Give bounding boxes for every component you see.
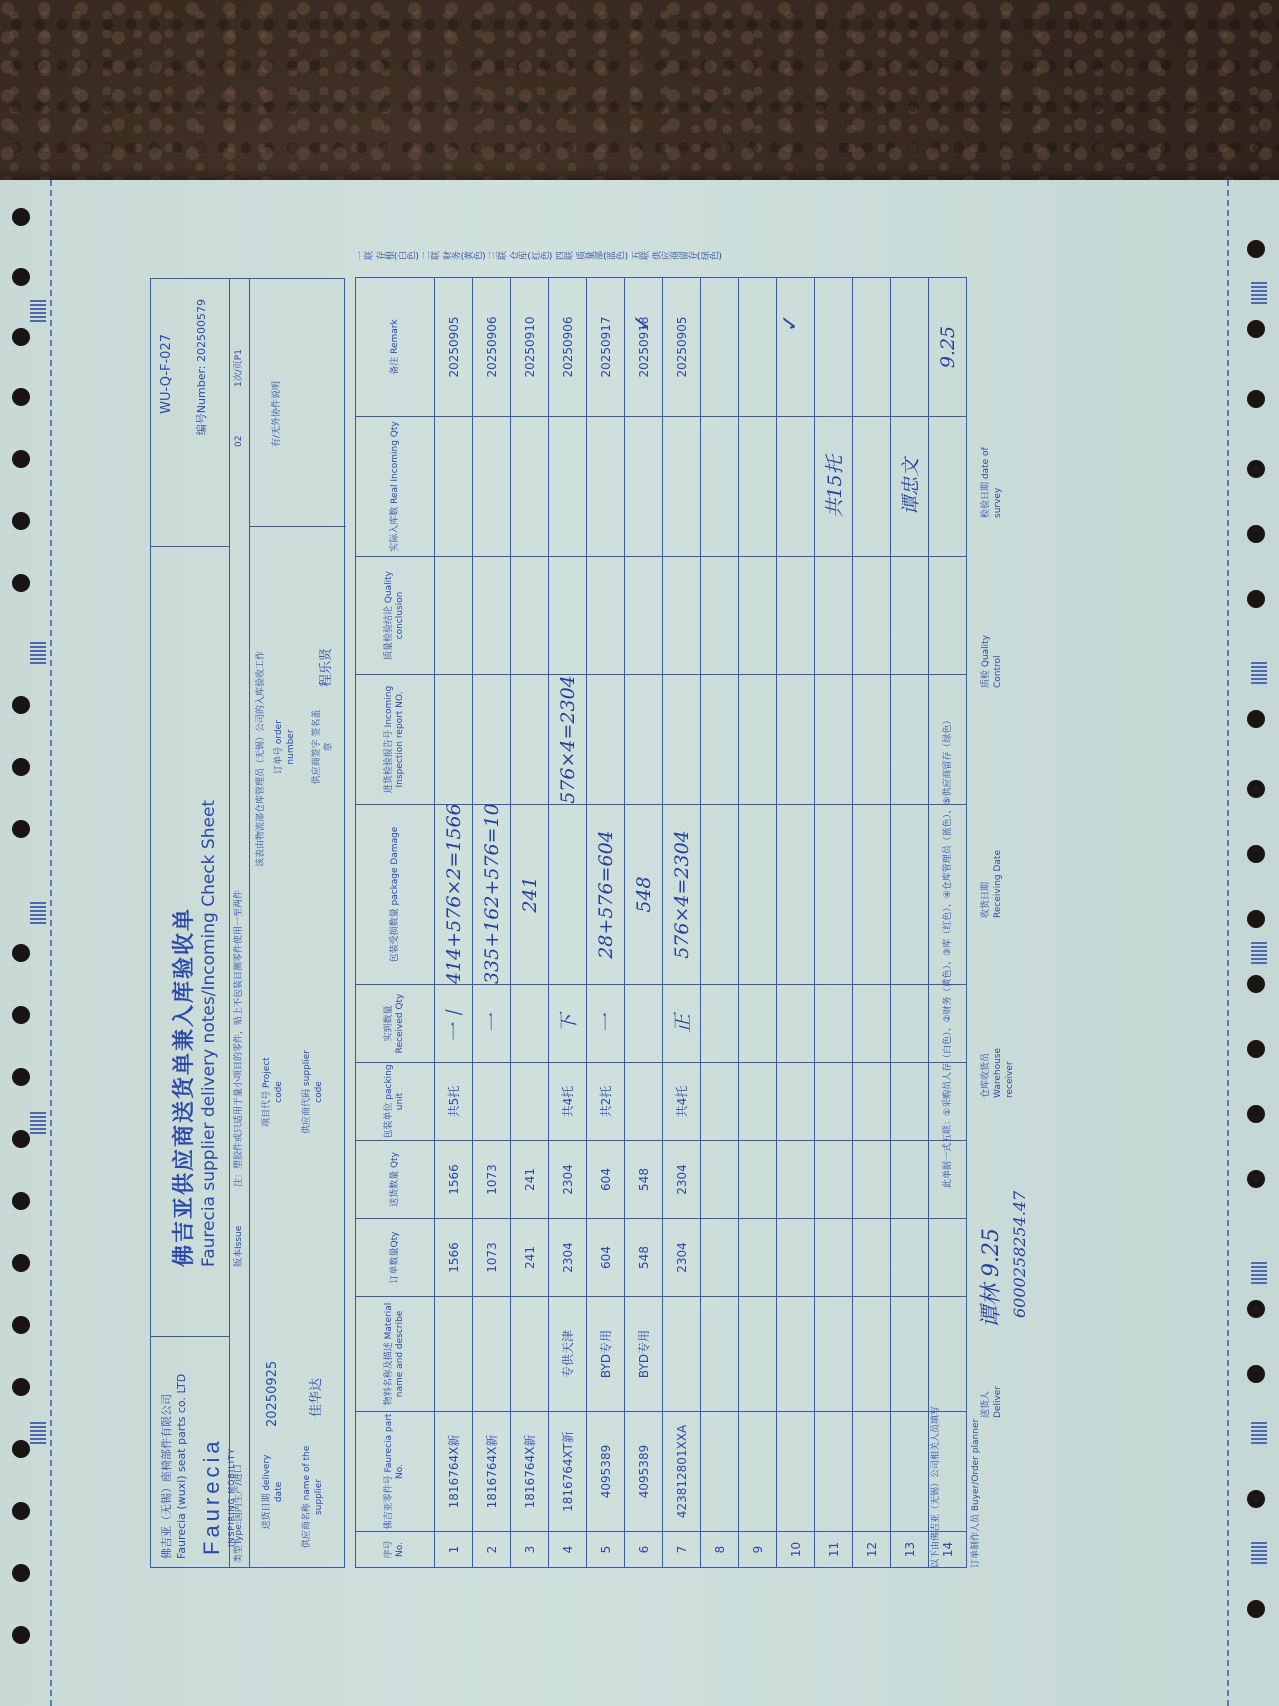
supplier-name-value: 佳华达: [305, 1378, 324, 1417]
cell-remark: 20250906: [549, 278, 587, 417]
incoming-check-table: 序号 No. 佛吉亚零件号 Faurecia part No. 物料名称及描述 …: [355, 277, 967, 1568]
cell-real-incoming-qty: 共15托: [815, 417, 853, 557]
cell-package-damage: 28+576=604: [587, 805, 625, 985]
cell-package-damage: [777, 805, 815, 985]
sprocket-hole-icon: [1247, 845, 1265, 863]
barcode-mark-icon: [30, 900, 46, 924]
faurecia-logo: Faurecia: [199, 1437, 225, 1555]
cell-material-desc: [701, 1297, 739, 1412]
barcode-mark-icon: [30, 298, 46, 322]
sprocket-hole-icon: [1247, 1365, 1265, 1383]
cell-packing-unit: [777, 1063, 815, 1141]
header-divider: [229, 279, 230, 1567]
cell-part-number: 1816764X新: [473, 1412, 511, 1532]
cell-quality-conclusion: [625, 557, 663, 675]
version-label: 版本Issue: [233, 1226, 245, 1267]
col-header-packing-unit: 包装单位 packing unit: [356, 1063, 435, 1141]
supplier-code-label: 供应商代码 supplier code: [301, 1047, 325, 1137]
check-mark-icon: ✓: [630, 314, 655, 332]
cell-inspection-report: [435, 675, 473, 805]
quality-control-label: 质检 Quality Control: [980, 608, 1004, 688]
cell-delivery-qty: [701, 1141, 739, 1219]
sprocket-hole-icon: [12, 1254, 30, 1272]
deliverer-label: 送货人 Deliver: [980, 1358, 1004, 1418]
cell-inspection-report: [701, 675, 739, 805]
cell-remark: [853, 278, 891, 417]
cell-package-damage: [891, 805, 929, 985]
cell-order-qty: [739, 1219, 777, 1297]
project-code-label: 项目代号 Project code: [261, 1047, 285, 1137]
cell-inspection-report: [777, 675, 815, 805]
survey-date-label: 检验日期 date of survey: [980, 438, 1004, 518]
form-title-cn: 佛吉亚供应商送货单兼入库验收单: [167, 907, 198, 1267]
cell-row-number: 8: [701, 1532, 739, 1568]
cell-order-qty: [929, 1219, 967, 1297]
company-name: 佛吉亚（无锡）座椅部件有限公司 Faurecia (wuxi) seat par…: [159, 1344, 189, 1559]
cell-received-qty: 一: [587, 985, 625, 1063]
cell-part-number: [701, 1412, 739, 1532]
barcode-mark-icon: [30, 640, 46, 664]
cell-remark: [739, 278, 777, 417]
cell-real-incoming-qty: [701, 417, 739, 557]
col-header-delivery-qty: 送货数量 Qty: [356, 1141, 435, 1219]
sprocket-hole-icon: [1247, 780, 1265, 798]
cell-remark: 20250918: [625, 278, 663, 417]
table-header-row: 序号 No. 佛吉亚零件号 Faurecia part No. 物料名称及描述 …: [356, 278, 435, 1568]
cell-delivery-qty: [891, 1141, 929, 1219]
cell-inspection-report: [853, 675, 891, 805]
table-row: 64095389BYD专用54854854820250918: [625, 278, 663, 1568]
cell-material-desc: [891, 1297, 929, 1412]
cell-received-qty: 一: [473, 985, 511, 1063]
cell-delivery-qty: 2304: [549, 1141, 587, 1219]
copy-legend: 此单据一式五联：①采购员人存（白色）、②财务（黄色）、③库（红色）、④仓库管理员…: [940, 0, 953, 1188]
cell-part-number: [815, 1412, 853, 1532]
cell-real-incoming-qty: [663, 417, 701, 557]
cell-order-qty: 604: [587, 1219, 625, 1297]
sprocket-hole-icon: [1247, 240, 1265, 258]
cell-part-number: 1816764X新: [511, 1412, 549, 1532]
delivery-date-label: 送货日期 delivery date: [261, 1447, 285, 1537]
cell-real-incoming-qty: [473, 417, 511, 557]
barcode-mark-icon: [1251, 1540, 1267, 1564]
cell-row-number: 1: [435, 1532, 473, 1568]
cell-material-desc: [853, 1297, 891, 1412]
cell-material-desc: 专供天津: [549, 1297, 587, 1412]
cell-delivery-qty: 548: [625, 1141, 663, 1219]
table-row: 8: [701, 278, 739, 1568]
cell-order-qty: 2304: [549, 1219, 587, 1297]
sprocket-hole-icon: [12, 1316, 30, 1334]
cell-received-qty: 正: [663, 985, 701, 1063]
cell-remark: [815, 278, 853, 417]
right-sprocket-strip: [1227, 180, 1279, 1706]
cell-part-number: 4095389: [625, 1412, 663, 1532]
cell-remark: [891, 278, 929, 417]
sprocket-hole-icon: [12, 1564, 30, 1582]
cell-order-qty: 1566: [435, 1219, 473, 1297]
cell-package-damage: 576×4=2304: [663, 805, 701, 985]
form-title-en: Faurecia supplier delivery notes/Incomin…: [199, 800, 219, 1267]
col-header-no: 序号 No.: [356, 1532, 435, 1568]
cell-received-qty: [625, 985, 663, 1063]
table-row: 13谭忠文: [891, 278, 929, 1568]
col-header-quality-conclusion: 质量检验结论 Quality conclusion: [356, 557, 435, 675]
cell-received-qty: [511, 985, 549, 1063]
cell-row-number: 7: [663, 1532, 701, 1568]
col-header-received-qty: 实到数量 Received Qty: [356, 985, 435, 1063]
sprocket-hole-icon: [12, 1006, 30, 1024]
sprocket-hole-icon: [12, 1626, 30, 1644]
cell-inspection-report: [815, 675, 853, 805]
cell-delivery-qty: [853, 1141, 891, 1219]
sprocket-hole-icon: [1247, 1170, 1265, 1188]
table-row: 54095389BYD专用604604共2托一28+576=6042025091…: [587, 278, 625, 1568]
col-header-material: 物料名称及描述 Material name and describe: [356, 1297, 435, 1412]
cell-order-qty: 1073: [473, 1219, 511, 1297]
cell-material-desc: [663, 1297, 701, 1412]
cell-part-number: 4095389: [587, 1412, 625, 1532]
cell-material-desc: [739, 1297, 777, 1412]
sprocket-hole-icon: [12, 1378, 30, 1396]
cell-order-qty: 2304: [663, 1219, 701, 1297]
cell-delivery-qty: [815, 1141, 853, 1219]
cell-material-desc: [815, 1297, 853, 1412]
cell-package-damage: 241: [511, 805, 549, 985]
cell-received-qty: 一丨: [435, 985, 473, 1063]
cell-part-number: 1816764X新: [435, 1412, 473, 1532]
header-divider: [151, 546, 229, 547]
cell-row-number: 2: [473, 1532, 511, 1568]
sprocket-hole-icon: [1247, 910, 1265, 928]
inspection-note: 该表由物流部仓库管理员（无锡）公司的入库验收工作: [255, 651, 267, 867]
cell-packing-unit: 共2托: [587, 1063, 625, 1141]
delivery-check-sheet: 佛吉亚（无锡）座椅部件有限公司 Faurecia (wuxi) seat par…: [150, 278, 950, 1568]
cell-row-number: 10: [777, 1532, 815, 1568]
sprocket-hole-icon: [1247, 1600, 1265, 1618]
cell-material-desc: [929, 1297, 967, 1412]
attachment-note: 有/无外协件说明: [271, 381, 283, 447]
cell-delivery-qty: [777, 1141, 815, 1219]
col-header-order-qty: 订单数量Qty: [356, 1219, 435, 1297]
cell-received-qty: [853, 985, 891, 1063]
cell-real-incoming-qty: [777, 417, 815, 557]
cell-remark: 20250905: [435, 278, 473, 417]
table-row: 21816764X新10731073一335+162+576=107320250…: [473, 278, 511, 1568]
cell-delivery-qty: 604: [587, 1141, 625, 1219]
cell-material-desc: [435, 1297, 473, 1412]
cell-part-number: [777, 1412, 815, 1532]
cell-real-incoming-qty: [435, 417, 473, 557]
form-note: 注：塑胶件或只适用于量小项目的零件，贴上不包装目测零件使用一至两件: [233, 587, 245, 1187]
barcode-mark-icon: [1251, 1420, 1267, 1444]
cell-quality-conclusion: [815, 557, 853, 675]
cell-real-incoming-qty: [587, 417, 625, 557]
cell-row-number: 9: [739, 1532, 777, 1568]
barcode-mark-icon: [1251, 280, 1267, 304]
col-header-inspection-report: 进货检验报告号 Incoming Inspection report NO.: [356, 675, 435, 805]
table-row: 11816764X新15661566共5托一丨414+576×2=1566202…: [435, 278, 473, 1568]
delivery-date-value: 20250925: [265, 1361, 280, 1427]
table-row: 12: [853, 278, 891, 1568]
cell-part-number: [739, 1412, 777, 1532]
page-marker: 1次/页P1: [233, 349, 245, 387]
sprocket-hole-icon: [1247, 320, 1265, 338]
cell-delivery-qty: 1073: [473, 1141, 511, 1219]
cell-row-number: 5: [587, 1532, 625, 1568]
cell-quality-conclusion: [587, 557, 625, 675]
cell-quality-conclusion: [473, 557, 511, 675]
cell-order-qty: 548: [625, 1219, 663, 1297]
barcode-mark-icon: [1251, 940, 1267, 964]
cell-received-qty: [815, 985, 853, 1063]
cell-remark: 20250917: [587, 278, 625, 417]
table-row: 10: [777, 278, 815, 1568]
barcode-mark-icon: [30, 1110, 46, 1134]
cell-inspection-report: [587, 675, 625, 805]
cell-delivery-qty: 2304: [663, 1141, 701, 1219]
barcode-mark-icon: [1251, 1260, 1267, 1284]
barcode-mark-icon: [1251, 660, 1267, 684]
cell-quality-conclusion: [435, 557, 473, 675]
table-row: 7423812801XXA23042304共4托正576×4=230420250…: [663, 278, 701, 1568]
cell-real-incoming-qty: [625, 417, 663, 557]
cell-material-desc: BYD专用: [587, 1297, 625, 1412]
cell-packing-unit: [815, 1063, 853, 1141]
cell-received-qty: [777, 985, 815, 1063]
sprocket-hole-icon: [1247, 1490, 1265, 1508]
cell-order-qty: [853, 1219, 891, 1297]
cell-inspection-report: [511, 675, 549, 805]
sprocket-hole-icon: [12, 758, 30, 776]
cell-inspection-report: [663, 675, 701, 805]
cell-packing-unit: [739, 1063, 777, 1141]
cell-package-damage: 548: [625, 805, 663, 985]
sprocket-hole-icon: [12, 1440, 30, 1458]
sprocket-hole-icon: [1247, 525, 1265, 543]
cell-order-qty: [891, 1219, 929, 1297]
cell-material-desc: [777, 1297, 815, 1412]
cell-inspection-report: [625, 675, 663, 805]
cell-remark: 20250906: [473, 278, 511, 417]
cell-packing-unit: [511, 1063, 549, 1141]
cell-material-desc: BYD专用: [625, 1297, 663, 1412]
cell-real-incoming-qty: [853, 417, 891, 557]
cell-inspection-report: [891, 675, 929, 805]
sprocket-hole-icon: [12, 328, 30, 346]
cell-packing-unit: [625, 1063, 663, 1141]
cell-material-desc: [473, 1297, 511, 1412]
cell-row-number: 4: [549, 1532, 587, 1568]
sprocket-hole-icon: [1247, 1040, 1265, 1058]
company-name-cn: 佛吉亚（无锡）座椅部件有限公司: [159, 1344, 174, 1559]
cell-inspection-report: 576×4=2304: [549, 675, 587, 805]
sprocket-hole-icon: [12, 388, 30, 406]
cell-part-number: 1816764XT新: [549, 1412, 587, 1532]
version-value: 02: [233, 436, 245, 447]
header-divider: [249, 279, 250, 1567]
sprocket-hole-icon: [1247, 1105, 1265, 1123]
cell-inspection-report: [473, 675, 511, 805]
cell-row-number: 13: [891, 1532, 929, 1568]
cell-packing-unit: 共4托: [663, 1063, 701, 1141]
cell-inspection-report: [739, 675, 777, 805]
cell-package-damage: 335+162+576=1073: [473, 805, 511, 985]
form-number-value: 202500579: [195, 299, 208, 362]
sprocket-hole-icon: [12, 1068, 30, 1086]
order-number-label: 订单号 order number: [273, 707, 297, 787]
cell-part-number: [891, 1412, 929, 1532]
cell-remark: 20250910: [511, 278, 549, 417]
sprocket-hole-icon: [12, 944, 30, 962]
table-row: 11共15托: [815, 278, 853, 1568]
cell-packing-unit: [891, 1063, 929, 1141]
supplier-contact-value: 程乐贤: [315, 648, 334, 687]
sprocket-hole-icon: [12, 450, 30, 468]
buyer-label: 订单制作人员 Buyer/Order planner: [970, 1419, 982, 1568]
receiving-date-label: 收货日期 Receiving Date: [980, 838, 1004, 918]
cell-package-damage: 414+576×2=1566: [435, 805, 473, 985]
company-name-en: Faurecia (wuxi) seat parts co. LTD: [174, 1344, 189, 1559]
cell-remark: 20250905: [663, 278, 701, 417]
cell-quality-conclusion: [701, 557, 739, 675]
cell-quality-conclusion: [663, 557, 701, 675]
sprocket-hole-icon: [12, 512, 30, 530]
copy-color-legend: 一联 存根(白色) 二联 财务(黄色) 三联 仓库(红色) 四联 质量部(蓝色)…: [355, 250, 722, 268]
cell-order-qty: [815, 1219, 853, 1297]
form-number: 编号Number: 202500579: [193, 299, 209, 435]
cell-package-damage: [815, 805, 853, 985]
cell-delivery-qty: [739, 1141, 777, 1219]
cell-quality-conclusion: [777, 557, 815, 675]
col-header-real-incoming-qty: 实际入库数 Real Incoming Qty: [356, 417, 435, 557]
cell-received-qty: [701, 985, 739, 1063]
cell-packing-unit: [853, 1063, 891, 1141]
deliverer-extra-note: 6000258254.47: [1010, 1191, 1029, 1318]
cell-package-damage: [739, 805, 777, 985]
table-row: 9: [739, 278, 777, 1568]
form-number-label: 编号Number:: [195, 366, 208, 436]
cell-received-qty: 下: [549, 985, 587, 1063]
cell-row-number: 12: [853, 1532, 891, 1568]
cell-row-number: 3: [511, 1532, 549, 1568]
cell-quality-conclusion: [511, 557, 549, 675]
supplier-contact-label: 供应商签字 签名盖章: [311, 707, 335, 787]
cell-package-damage: [853, 805, 891, 985]
sprocket-hole-icon: [12, 696, 30, 714]
cell-real-incoming-qty: [739, 417, 777, 557]
cell-real-incoming-qty: [549, 417, 587, 557]
form-code: WU-Q-F-027: [159, 334, 174, 414]
supplier-name-label: 供应商名称 name of the supplier: [301, 1437, 325, 1557]
sprocket-hole-icon: [12, 574, 30, 592]
cell-received-qty: [891, 985, 929, 1063]
type-label: 类型Type:国内生产/进口: [233, 1464, 245, 1563]
sprocket-hole-icon: [12, 1192, 30, 1210]
col-header-remark: 备注 Remark: [356, 278, 435, 417]
cell-package-damage: [549, 805, 587, 985]
col-header-part-no: 佛吉亚零件号 Faurecia part No.: [356, 1412, 435, 1532]
sprocket-hole-icon: [12, 268, 30, 286]
cell-part-number: 423812801XXA: [663, 1412, 701, 1532]
cell-order-qty: [701, 1219, 739, 1297]
cell-received-qty: [739, 985, 777, 1063]
warehouse-receiver-label: 仓库收货员 Warehouse receiver: [980, 1018, 1016, 1098]
cell-order-qty: 241: [511, 1219, 549, 1297]
cell-remark: [701, 278, 739, 417]
cell-packing-unit: [473, 1063, 511, 1141]
cell-remark: [777, 278, 815, 417]
cell-quality-conclusion: [549, 557, 587, 675]
sprocket-hole-icon: [12, 1130, 30, 1148]
cell-packing-unit: [701, 1063, 739, 1141]
header-divider: [151, 1336, 229, 1337]
sprocket-hole-icon: [12, 1502, 30, 1520]
cell-quality-conclusion: [891, 557, 929, 675]
sprocket-hole-icon: [12, 208, 30, 226]
sprocket-hole-icon: [1247, 390, 1265, 408]
cell-real-incoming-qty: [511, 417, 549, 557]
cell-delivery-qty: 1566: [435, 1141, 473, 1219]
cell-part-number: [853, 1412, 891, 1532]
sprocket-hole-icon: [1247, 590, 1265, 608]
sprocket-hole-icon: [12, 820, 30, 838]
left-sprocket-strip: [0, 180, 52, 1706]
col-header-package-damage: 包装受损数量 package Damage: [356, 805, 435, 985]
cell-real-incoming-qty: 谭忠文: [891, 417, 929, 557]
sprocket-hole-icon: [1247, 710, 1265, 728]
cell-material-desc: [511, 1297, 549, 1412]
cell-package-damage: [701, 805, 739, 985]
cell-packing-unit: 共4托: [549, 1063, 587, 1141]
cell-packing-unit: 共5托: [435, 1063, 473, 1141]
sprocket-hole-icon: [1247, 1300, 1265, 1318]
check-mark-icon: ✓: [778, 314, 803, 332]
table-row: 31816764X新24124124120250910: [511, 278, 549, 1568]
cell-quality-conclusion: [853, 557, 891, 675]
deliverer-signature: 谭林 9.25: [974, 1228, 1005, 1328]
cell-quality-conclusion: [739, 557, 777, 675]
form-header: 佛吉亚（无锡）座椅部件有限公司 Faurecia (wuxi) seat par…: [150, 278, 345, 1568]
cell-order-qty: [777, 1219, 815, 1297]
buyer-note: 以下由佛吉亚（无锡）公司相关人员填写: [930, 1406, 942, 1568]
header-divider: [249, 526, 346, 527]
barcode-mark-icon: [30, 1420, 46, 1444]
table-row: 41816764XT新专供天津23042304共4托下576×4=2304202…: [549, 278, 587, 1568]
cell-delivery-qty: 241: [511, 1141, 549, 1219]
cell-row-number: 11: [815, 1532, 853, 1568]
sprocket-hole-icon: [1247, 460, 1265, 478]
cell-row-number: 6: [625, 1532, 663, 1568]
sprocket-hole-icon: [1247, 975, 1265, 993]
